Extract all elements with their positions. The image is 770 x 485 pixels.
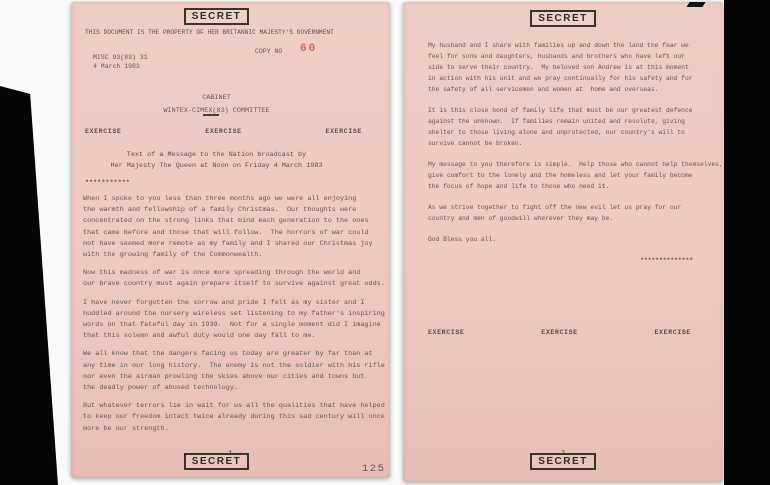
paragraph: My husband and I share with families up … xyxy=(428,40,711,95)
copy-no-stamp: 60 xyxy=(300,43,317,55)
paragraph: My message to you therefore is simple. H… xyxy=(428,159,711,192)
property-line: THIS DOCUMENT IS THE PROPERTY OF HER BRI… xyxy=(85,29,334,36)
folio-number-stamp: 125 xyxy=(362,463,385,475)
paragraph: As we strive together to fight off the n… xyxy=(428,202,711,224)
secret-stamp-bottom: SECRET xyxy=(184,453,250,470)
asterisk-rule: ************** xyxy=(428,255,711,266)
document-page-2: SECRET My husband and I share with famil… xyxy=(403,2,723,482)
exercise-stamp: EXERCISE xyxy=(655,329,691,336)
paragraph: Now this madness of war is once more spr… xyxy=(83,268,370,290)
reference-row: MISC 93(83) 31 COPY NO 60 xyxy=(93,46,380,58)
secret-stamp-top: SECRET xyxy=(184,8,250,25)
exercise-stamp-row: EXERCISE EXERCISE EXERCISE xyxy=(428,329,691,336)
secret-stamp-top-container: SECRET xyxy=(71,6,390,25)
closing-line: God Bless you all. xyxy=(428,234,711,245)
dark-background-right xyxy=(724,0,770,485)
exercise-stamp: EXERCISE xyxy=(326,128,362,135)
secret-stamp-top: SECRET xyxy=(530,10,596,27)
body-text: My husband and I share with families up … xyxy=(428,40,711,276)
exercise-stamp: EXERCISE xyxy=(205,128,241,135)
heading-rule xyxy=(203,114,219,116)
document-page-1: SECRET THIS DOCUMENT IS THE PROPERTY OF … xyxy=(71,2,390,478)
asterisk-rule: *********** xyxy=(85,178,130,189)
dark-background-left xyxy=(0,86,58,485)
exercise-stamp: EXERCISE xyxy=(428,329,464,336)
page-corner-shadow xyxy=(687,2,706,7)
paragraph: But whatever terrors lie in wait for us … xyxy=(83,401,370,435)
document-date: 4 March 1983 xyxy=(93,61,140,72)
body-text: When I spoke to you less than three mont… xyxy=(83,194,370,442)
paragraph: We all know that the dangers facing us t… xyxy=(83,349,370,394)
paragraph: It is this close bond of family life tha… xyxy=(428,105,711,149)
exercise-stamp: EXERCISE xyxy=(85,128,121,135)
paragraph: I have never forgotten the sorrow and pr… xyxy=(83,298,370,343)
paragraph: When I spoke to you less than three mont… xyxy=(83,194,370,261)
copy-no-label: COPY NO xyxy=(255,46,282,57)
secret-stamp-bottom: SECRET xyxy=(530,453,596,470)
exercise-stamp: EXERCISE xyxy=(541,329,577,336)
exercise-stamp-row: EXERCISE EXERCISE EXERCISE xyxy=(85,128,362,135)
message-title: Text of a Message to the Nation broadcas… xyxy=(110,150,322,171)
reference-number: MISC 93(83) 31 xyxy=(93,54,148,61)
